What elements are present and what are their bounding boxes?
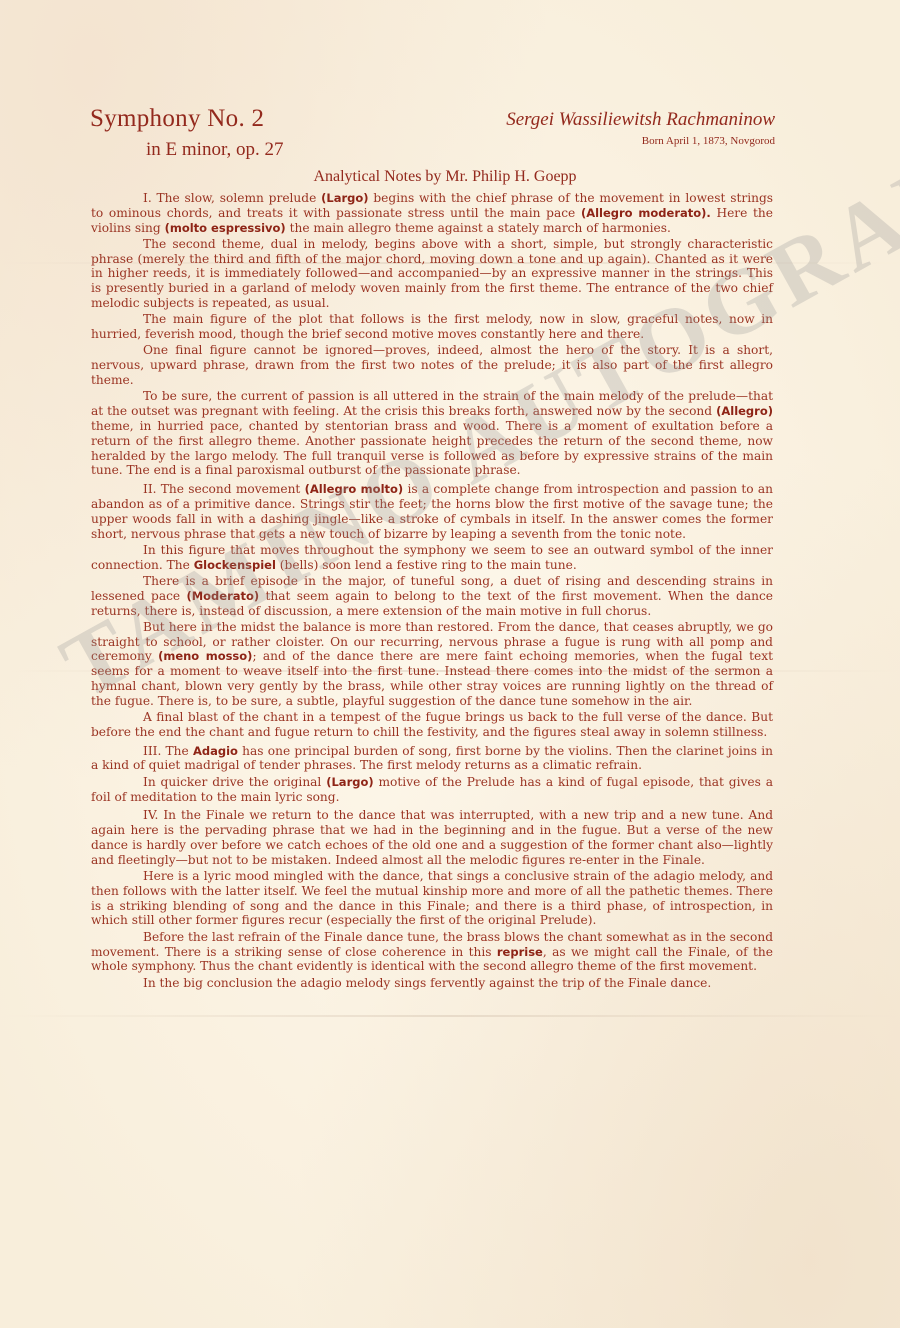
paragraph-text: Here is a lyric mood mingled with the da… — [91, 869, 773, 927]
symphony-title: Symphony No. 2 — [90, 105, 264, 133]
paragraph-text: One final figure cannot be ignored—prove… — [91, 343, 773, 387]
document-header: Symphony No. 2 in E minor, op. 27 Sergei… — [90, 105, 775, 165]
paragraph-text: theme, in hurried pace, chanted by stent… — [91, 419, 773, 477]
tempo-term: Glockenspiel — [194, 558, 276, 572]
paragraph-text: The second theme, dual in melody, begins… — [91, 237, 773, 310]
tempo-term: (Allegro molto) — [305, 482, 404, 496]
composer-birth-info: Born April 1, 1873, Novgorod — [642, 135, 775, 147]
tempo-term: reprise — [497, 945, 543, 959]
paragraph-text: II. The second movement — [143, 482, 305, 496]
tempo-term: Adagio — [193, 744, 238, 758]
paragraph: The main figure of the plot that follows… — [91, 312, 773, 342]
paragraph-text: In the big conclusion the adagio melody … — [143, 976, 711, 990]
paragraph: To be sure, the current of passion is al… — [91, 389, 773, 478]
tempo-term: (Allegro) — [716, 404, 773, 418]
paragraph-text: To be sure, the current of passion is al… — [91, 389, 773, 418]
paragraph: In the big conclusion the adagio melody … — [91, 976, 773, 991]
movement-iii-paragraph: III. The Adagio has one principal burden… — [91, 744, 773, 774]
tempo-term: (meno mosso) — [158, 649, 252, 663]
composer-name: Sergei Wassiliewitsh Rachmaninow — [506, 109, 775, 131]
paragraph: In quicker drive the original (Largo) mo… — [91, 775, 773, 805]
paragraph: In this figure that moves throughout the… — [91, 543, 773, 573]
tempo-term: (Moderato) — [186, 589, 259, 603]
movement-iv-paragraph: IV. In the Finale we return to the dance… — [91, 808, 773, 867]
symphony-key-opus: in E minor, op. 27 — [146, 139, 284, 161]
notes-heading: Analytical Notes by Mr. Philip H. Goepp — [0, 168, 900, 186]
tempo-term: (molto espressivo) — [165, 221, 286, 235]
paragraph-text: III. The — [143, 744, 193, 758]
paragraph-text: IV. In the Finale we return to the dance… — [91, 808, 773, 866]
paragraph: One final figure cannot be ignored—prove… — [91, 343, 773, 387]
analytical-notes-body: I. The slow, solemn prelude (Largo) begi… — [91, 191, 773, 992]
paper-fold-line — [0, 1015, 900, 1017]
paragraph: The second theme, dual in melody, begins… — [91, 237, 773, 311]
paragraph-text: the main allegro theme against a stately… — [286, 221, 671, 235]
paragraph: A final blast of the chant in a tempest … — [91, 710, 773, 740]
paragraph: There is a brief episode in the major, o… — [91, 574, 773, 618]
movement-i-paragraph: I. The slow, solemn prelude (Largo) begi… — [91, 191, 773, 235]
paragraph: Before the last refrain of the Finale da… — [91, 930, 773, 974]
paragraph: But here in the midst the balance is mor… — [91, 620, 773, 709]
movement-ii-paragraph: II. The second movement (Allegro molto) … — [91, 482, 773, 541]
paragraph-text: I. The slow, solemn prelude — [143, 191, 321, 205]
tempo-term: (Allegro moderato). — [581, 206, 711, 220]
paragraph: Here is a lyric mood mingled with the da… — [91, 869, 773, 928]
paragraph-text: In quicker drive the original — [143, 775, 326, 789]
tempo-term: (Largo) — [321, 191, 368, 205]
paragraph-text: The main figure of the plot that follows… — [91, 312, 773, 341]
tempo-term: (Largo) — [326, 775, 373, 789]
paragraph-text: (bells) soon lend a festive ring to the … — [276, 558, 577, 572]
paragraph-text: A final blast of the chant in a tempest … — [91, 710, 773, 739]
